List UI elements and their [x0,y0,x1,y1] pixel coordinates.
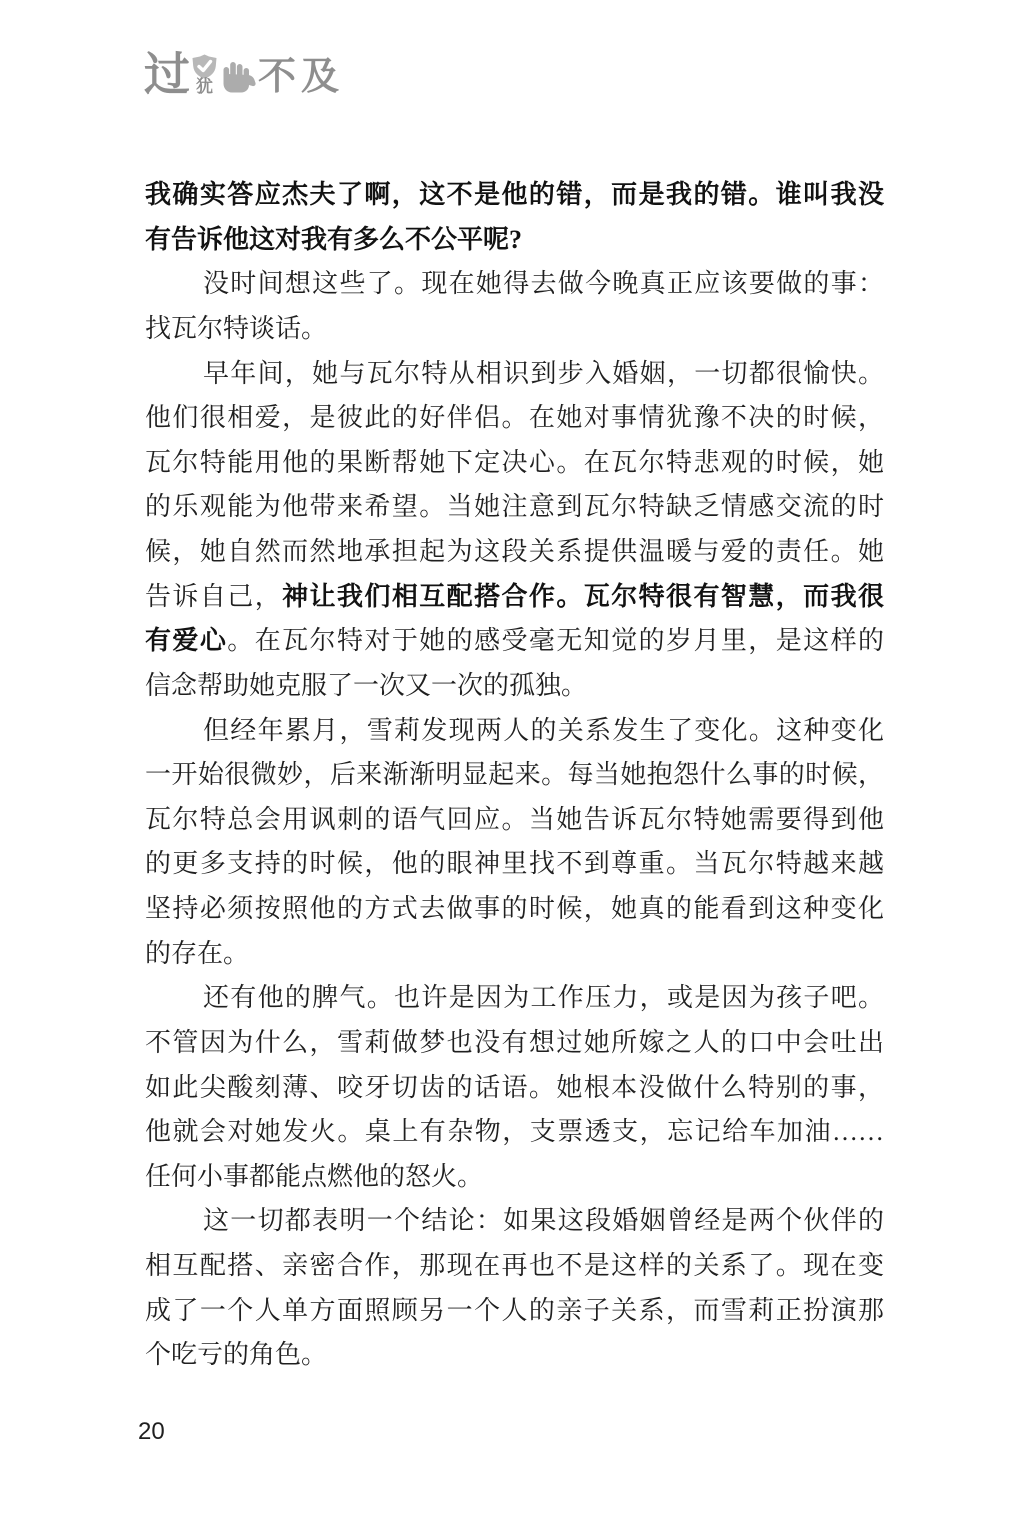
text-line: 没时间想这些了。现在她得去做今晚真正应该要做的事： [145,262,884,307]
text-segment: 信念帮助她克服了一次又一次的孤独。 [145,671,587,700]
logo-char-you: 犹 [196,78,213,96]
text-segment: 的乐观能为他带来希望。当她注意到瓦尔特缺乏情感交流的时 [145,492,884,521]
text-block: 我确实答应杰夫了啊，这不是他的错，而是我的错。谁叫我没有告诉他这对我有多么不公平… [145,173,884,1378]
logo-char-guo: 过 [144,52,190,96]
text-line: 候，她自然而然地承担起为这段关系提供温暖与爱的责任。她 [145,530,884,575]
text-line: 有告诉他这对我有多么不公平呢? [145,218,884,263]
bold-text-segment: 神让我们相互配搭合作。瓦尔特很有智慧，而我很 [282,582,884,611]
text-line: 相互配搭、亲密合作，那现在再也不是这样的关系了。现在变 [145,1244,884,1289]
text-line: 告诉自己，神让我们相互配搭合作。瓦尔特很有智慧，而我很 [145,575,884,620]
text-line: 如此尖酸刻薄、咬牙切齿的话语。她根本没做什么特别的事， [145,1066,884,1111]
text-line: 不管因为什么，雪莉做梦也没有想过她所嫁之人的口中会吐出 [145,1021,884,1066]
book-page: 过 犹 不及 我确实答应杰夫了啊，这不是他的错，而是我的错。谁叫我没有告诉他这对… [0,0,1024,1517]
text-segment: 如此尖酸刻薄、咬牙切齿的话语。她根本没做什么特别的事， [145,1073,884,1102]
text-line: 我确实答应杰夫了啊，这不是他的错，而是我的错。谁叫我没 [145,173,884,218]
text-segment: 这一切都表明一个结论：如果这段婚姻曾经是两个伙伴的 [203,1206,884,1235]
text-segment: 的存在。 [145,939,249,968]
text-segment: 他就会对她发火。桌上有杂物，支票透支，忘记给车加油…… [145,1117,884,1146]
text-line: 任何小事都能点燃他的怒火。 [145,1155,884,1200]
text-line: 的存在。 [145,932,884,977]
text-segment: 但经年累月，雪莉发现两人的关系发生了变化。这种变化 [203,716,884,745]
text-line: 他就会对她发火。桌上有杂物，支票透支，忘记给车加油…… [145,1110,884,1155]
logo-chars-buji: 不及 [258,58,344,96]
text-segment: 还有他的脾气。也许是因为工作压力，或是因为孩子吧。 [203,983,884,1012]
text-line: 成了一个人单方面照顾另一个人的亲子关系，而雪莉正扮演那 [145,1289,884,1334]
page-number: 20 [138,1418,165,1446]
text-line: 早年间，她与瓦尔特从相识到步入婚姻，一切都很愉快。 [145,352,884,397]
hand-icon [220,61,256,98]
text-segment: 成了一个人单方面照顾另一个人的亲子关系，而雪莉正扮演那 [145,1296,884,1325]
text-segment: 任何小事都能点燃他的怒火。 [145,1162,483,1191]
text-segment: 不管因为什么，雪莉做梦也没有想过她所嫁之人的口中会吐出 [145,1028,884,1057]
text-segment: 瓦尔特能用他的果断帮她下定决心。在瓦尔特悲观的时候，她 [145,448,884,477]
shield-check-icon [191,54,218,79]
text-line: 他们很相爱，是彼此的好伴侣。在她对事情犹豫不决的时候， [145,396,884,441]
text-line: 的更多支持的时候，他的眼神里找不到尊重。当瓦尔特越来越 [145,842,884,887]
text-segment: 一开始很微妙，后来渐渐明显起来。每当她抱怨什么事的时候， [145,760,884,789]
text-segment: 早年间，她与瓦尔特从相识到步入婚姻，一切都很愉快。 [203,359,884,388]
text-segment: 个吃亏的角色。 [145,1340,327,1369]
bold-text-segment: 我确实答应杰夫了啊，这不是他的错，而是我的错。谁叫我没 [145,180,884,209]
text-line: 有爱心。在瓦尔特对于她的感受毫无知觉的岁月里，是这样的 [145,619,884,664]
book-logo: 过 犹 不及 [144,52,344,96]
text-line: 一开始很微妙，后来渐渐明显起来。每当她抱怨什么事的时候， [145,753,884,798]
text-line: 信念帮助她克服了一次又一次的孤独。 [145,664,884,709]
text-line: 坚持必须按照他的方式去做事的时候，她真的能看到这种变化 [145,887,884,932]
text-segment: 没时间想这些了。现在她得去做今晚真正应该要做的事： [203,269,884,298]
text-segment: 他们很相爱，是彼此的好伴侣。在她对事情犹豫不决的时候， [145,403,884,432]
text-line: 但经年累月，雪莉发现两人的关系发生了变化。这种变化 [145,709,884,754]
text-line: 瓦尔特总会用讽刺的语气回应。当她告诉瓦尔特她需要得到他 [145,798,884,843]
text-line: 找瓦尔特谈话。 [145,307,884,352]
text-segment: 候，她自然而然地承担起为这段关系提供温暖与爱的责任。她 [145,537,884,566]
text-segment: 。在瓦尔特对于她的感受毫无知觉的岁月里，是这样的 [227,626,884,655]
text-line: 的乐观能为他带来希望。当她注意到瓦尔特缺乏情感交流的时 [145,485,884,530]
text-line: 个吃亏的角色。 [145,1333,884,1378]
text-segment: 瓦尔特总会用讽刺的语气回应。当她告诉瓦尔特她需要得到他 [145,805,884,834]
text-segment: 的更多支持的时候，他的眼神里找不到尊重。当瓦尔特越来越 [145,849,884,878]
text-line: 这一切都表明一个结论：如果这段婚姻曾经是两个伙伴的 [145,1199,884,1244]
logo-middle-column: 犹 [191,54,218,96]
text-line: 还有他的脾气。也许是因为工作压力，或是因为孩子吧。 [145,976,884,1021]
text-segment: 告诉自己， [145,582,282,611]
text-line: 瓦尔特能用他的果断帮她下定决心。在瓦尔特悲观的时候，她 [145,441,884,486]
text-segment: 相互配搭、亲密合作，那现在再也不是这样的关系了。现在变 [145,1251,884,1280]
bold-text-segment: 有爱心 [145,626,227,655]
text-segment: 坚持必须按照他的方式去做事的时候，她真的能看到这种变化 [145,894,884,923]
text-segment: 找瓦尔特谈话。 [145,314,327,343]
bold-text-segment: 有告诉他这对我有多么不公平呢? [145,225,522,254]
